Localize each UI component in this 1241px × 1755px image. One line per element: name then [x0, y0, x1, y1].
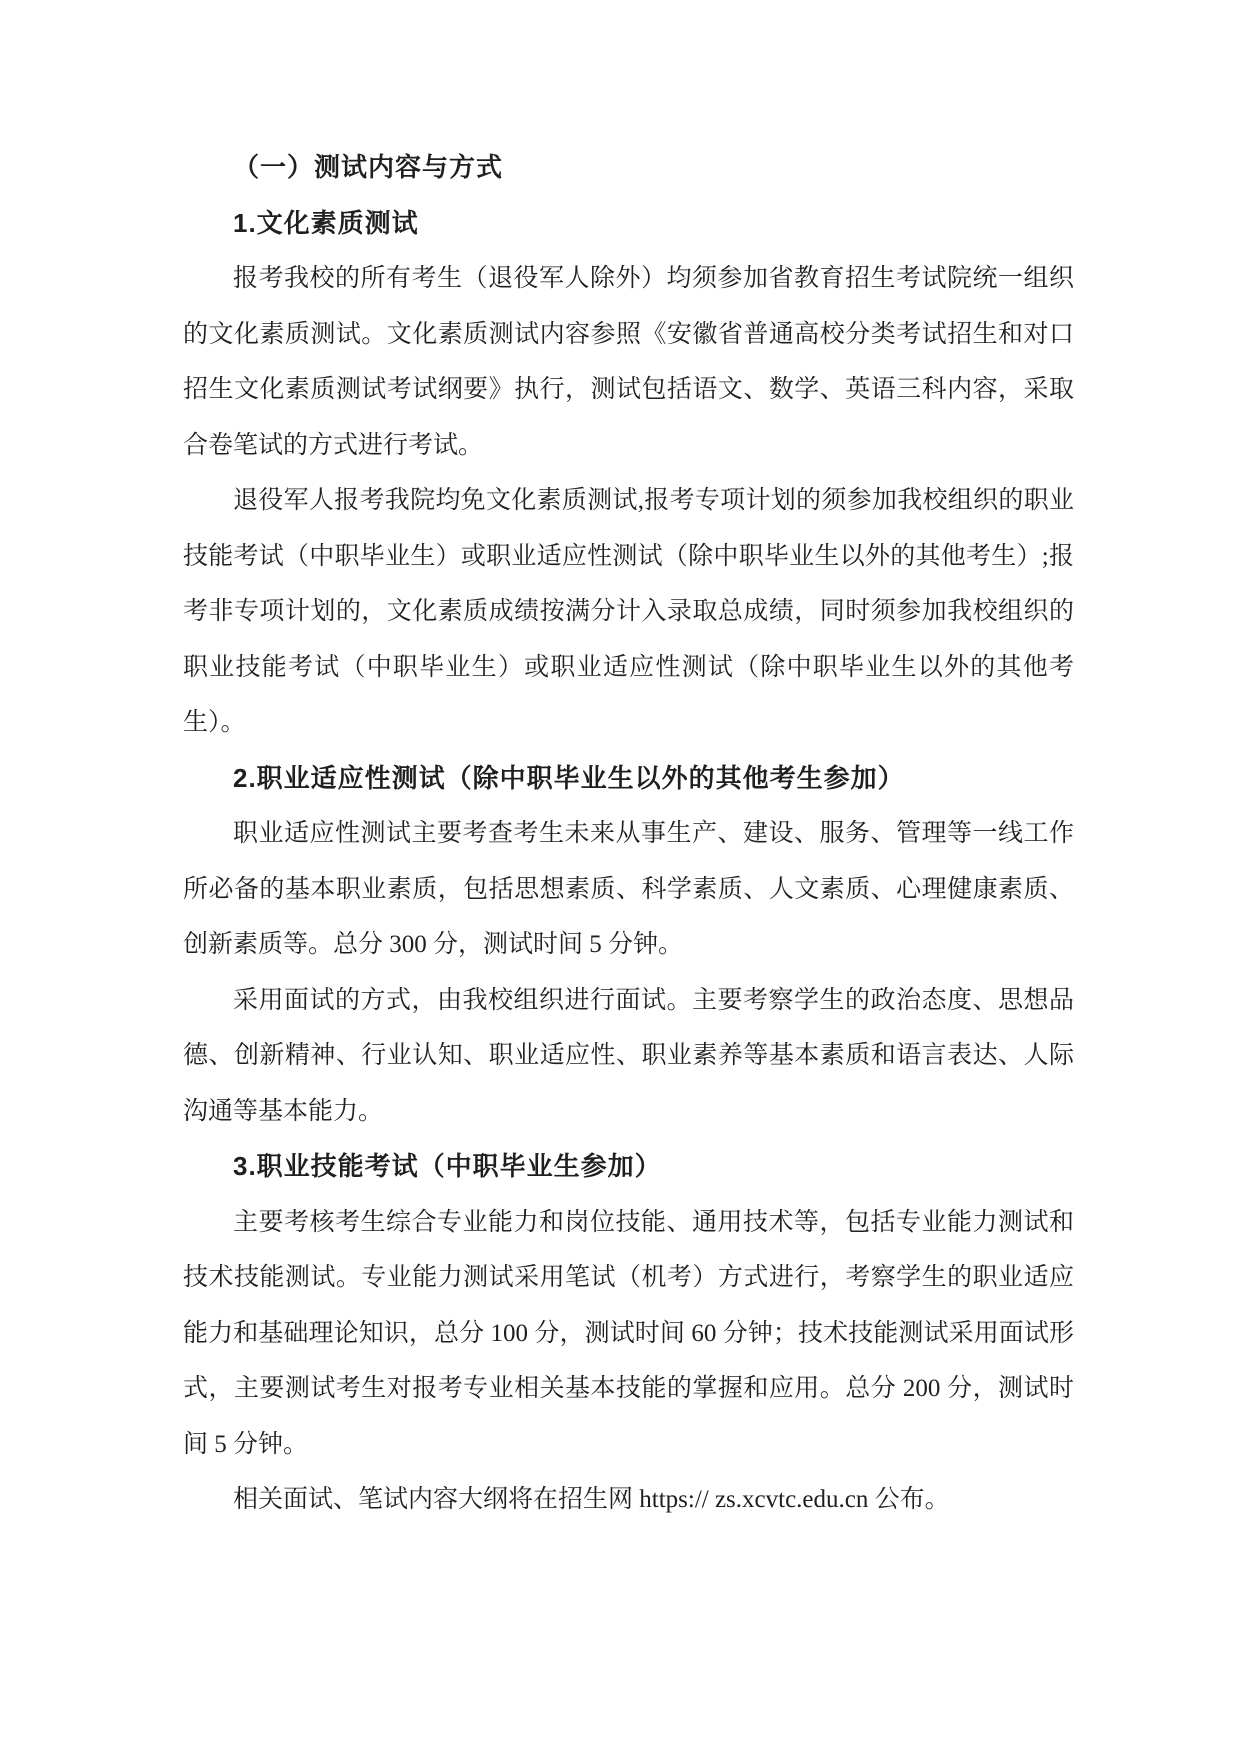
subsection-2-paragraph-2: 采用面试的方式，由我校组织进行面试。主要考察学生的政治态度、思想品德、创新精神、… — [183, 973, 1074, 1140]
subsection-2-paragraph-1: 职业适应性测试主要考查考生未来从事生产、建设、服务、管理等一线工作所必备的基本职… — [183, 806, 1074, 973]
document-page: （一）测试内容与方式 1.文化素质测试 报考我校的所有考生（退役军人除外）均须参… — [0, 0, 1241, 1755]
subsection-1-paragraph-1: 报考我校的所有考生（退役军人除外）均须参加省教育招生考试院统一组织的文化素质测试… — [183, 251, 1074, 473]
closing-paragraph: 相关面试、笔试内容大纲将在招生网 https:// zs.xcvtc.edu.c… — [183, 1472, 1074, 1528]
document-content: （一）测试内容与方式 1.文化素质测试 报考我校的所有考生（退役军人除外）均须参… — [183, 140, 1074, 1528]
subsection-3-paragraph-1: 主要考核考生综合专业能力和岗位技能、通用技术等，包括专业能力测试和技术技能测试。… — [183, 1195, 1074, 1473]
subsection-2-heading: 2.职业适应性测试（除中职毕业生以外的其他考生参加） — [183, 751, 1074, 807]
subsection-1-paragraph-2: 退役军人报考我院均免文化素质测试,报考专项计划的须参加我校组织的职业技能考试（中… — [183, 473, 1074, 751]
section-heading: （一）测试内容与方式 — [183, 140, 1074, 196]
subsection-3-heading: 3.职业技能考试（中职毕业生参加） — [183, 1139, 1074, 1195]
subsection-1-heading: 1.文化素质测试 — [183, 196, 1074, 252]
